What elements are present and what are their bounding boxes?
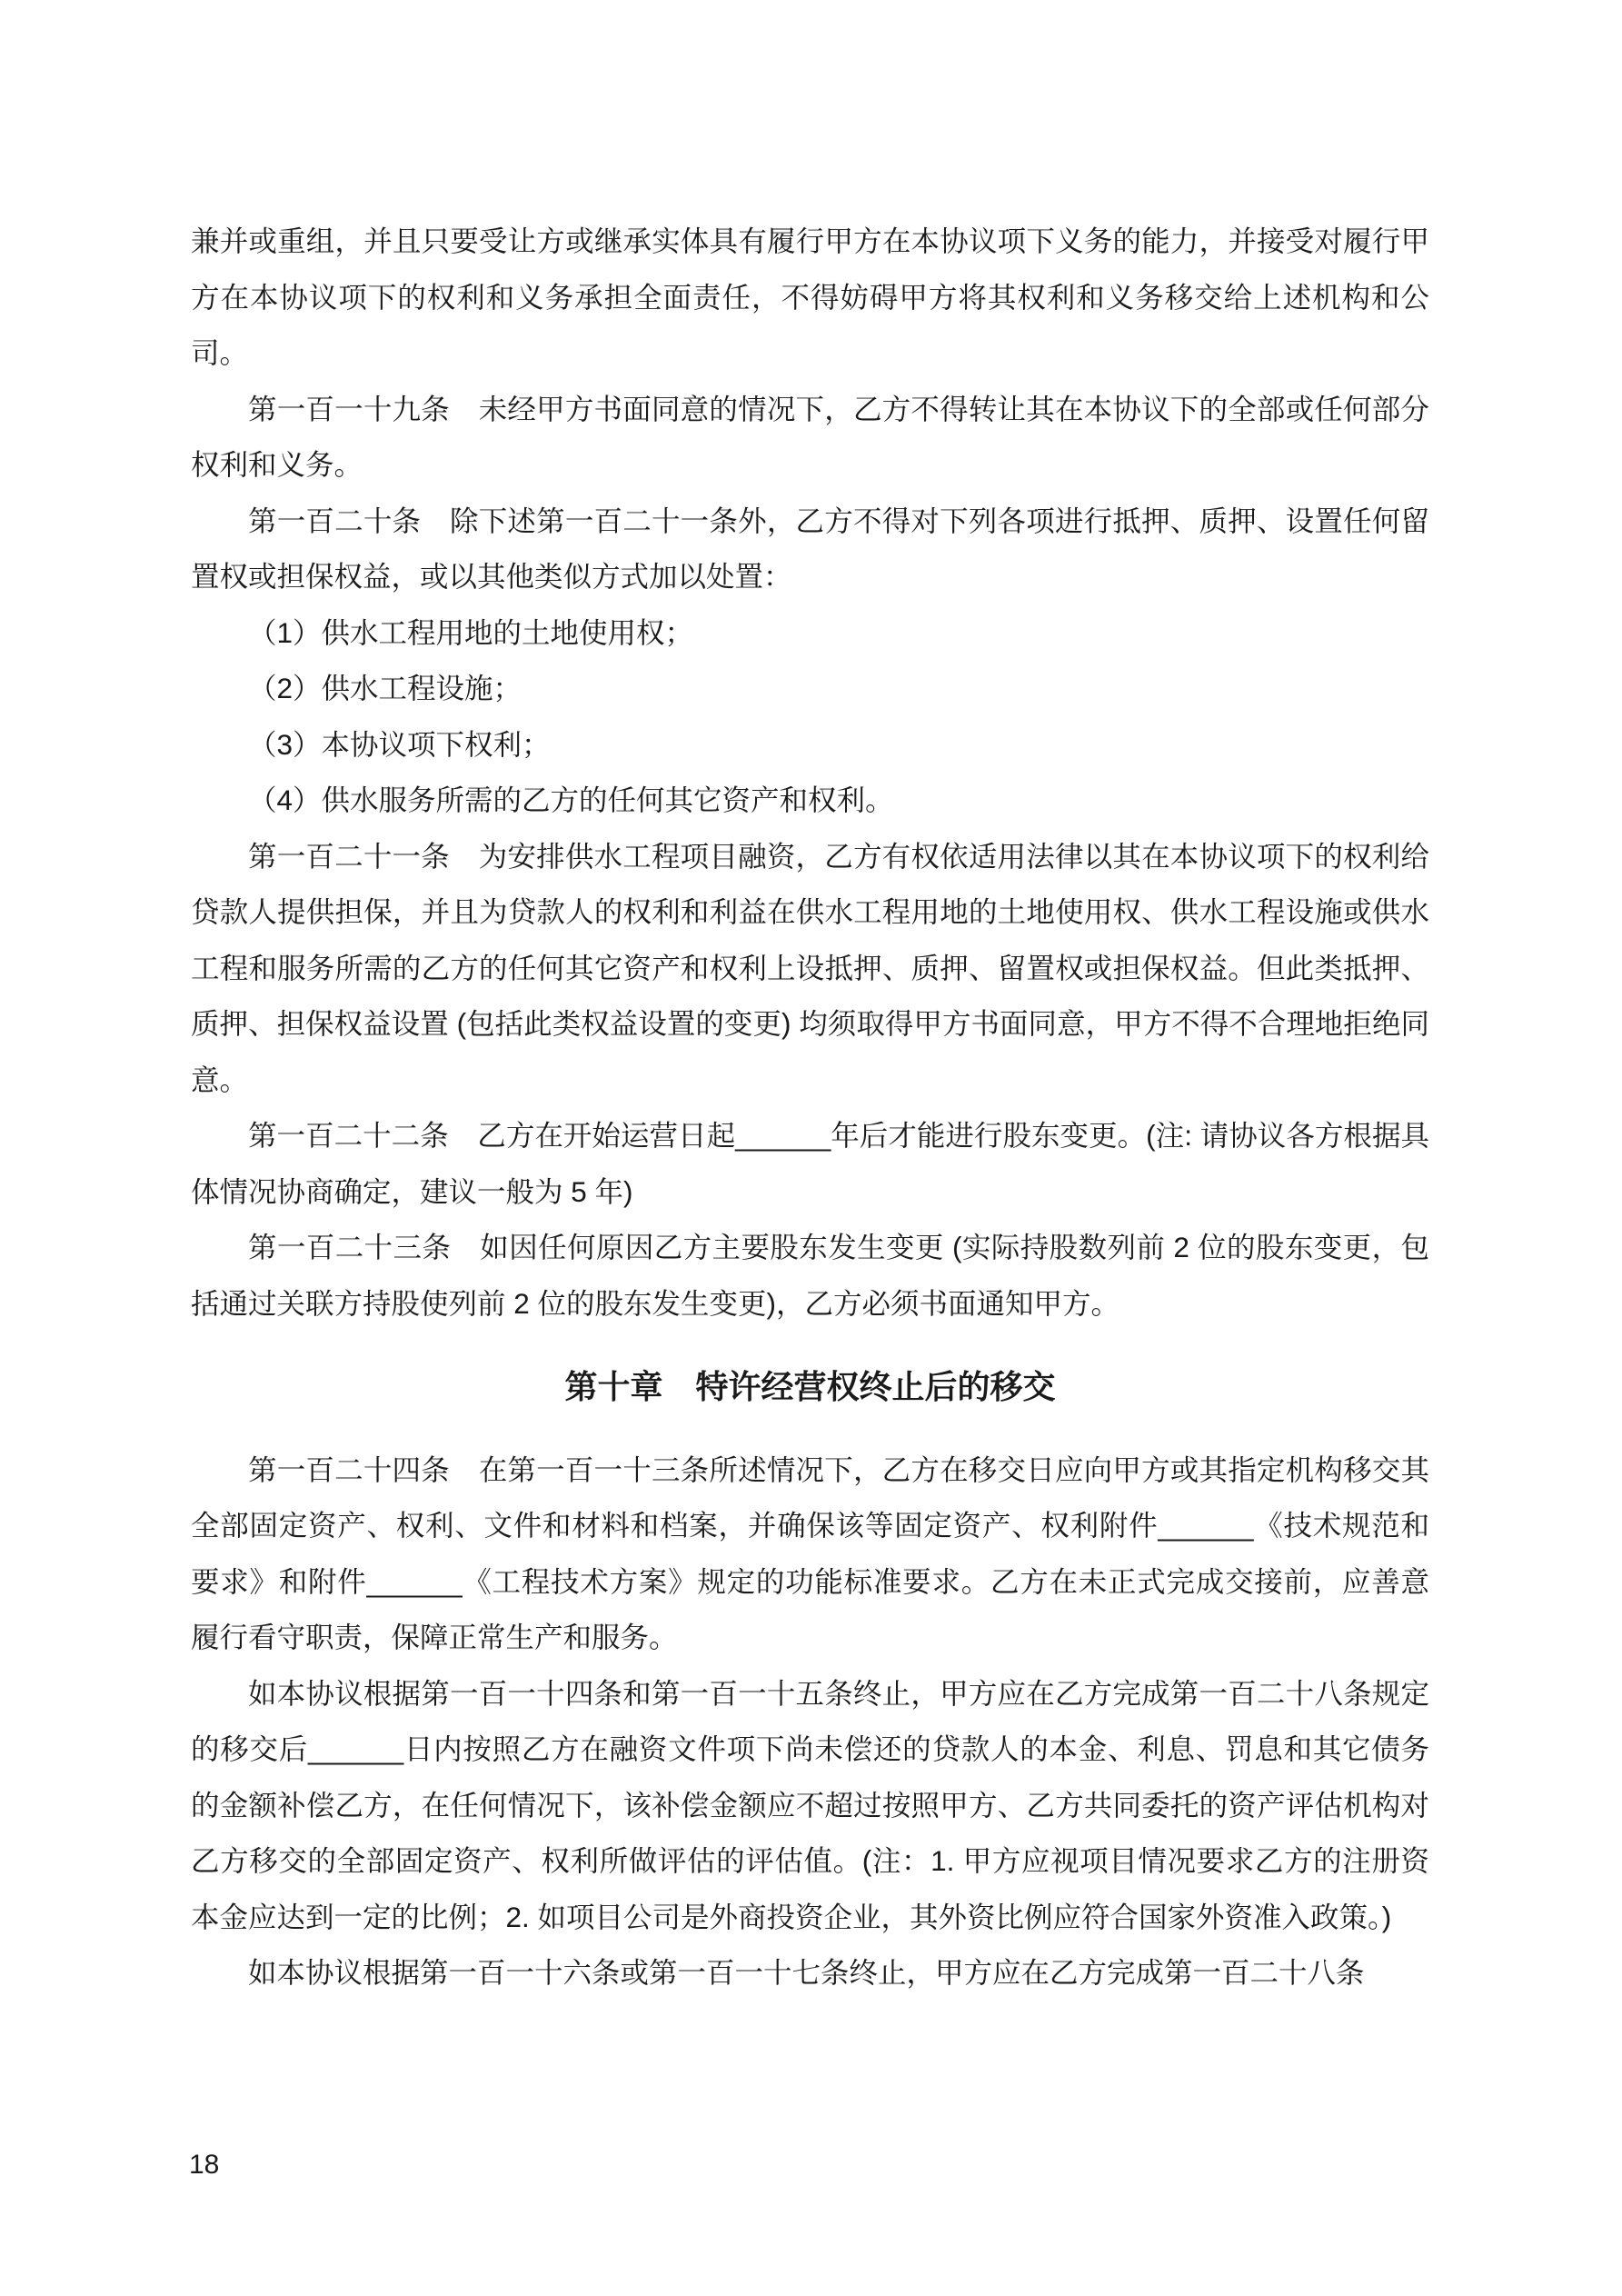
- chapter-heading: 第十章 特许经营权终止后的移交: [191, 1359, 1429, 1415]
- list-item: （4）供水服务所需的乙方的任何其它资产和权利。: [191, 773, 1429, 829]
- document-page: 兼并或重组，并且只要受让方或继承实体具有履行甲方在本协议项下义务的能力，并接受对…: [0, 0, 1622, 2296]
- paragraph: 兼并或重组，并且只要受让方或继承实体具有履行甲方在本协议项下义务的能力，并接受对…: [191, 214, 1429, 382]
- list-item: （1）供水工程用地的土地使用权；: [191, 605, 1429, 662]
- paragraph: 第一百一十九条 未经甲方书面同意的情况下，乙方不得转让其在本协议下的全部或任何部…: [191, 382, 1429, 494]
- document-content: 兼并或重组，并且只要受让方或继承实体具有履行甲方在本协议项下义务的能力，并接受对…: [191, 214, 1429, 2002]
- list-item: （3）本协议项下权利；: [191, 717, 1429, 774]
- paragraph: 第一百二十二条 乙方在开始运营日起______年后才能进行股东变更。(注: 请协…: [191, 1108, 1429, 1220]
- paragraph: 第一百二十条 除下述第一百二十一条外，乙方不得对下列各项进行抵押、质押、设置任何…: [191, 494, 1429, 605]
- paragraph: 第一百二十四条 在第一百一十三条所述情况下，乙方在移交日应向甲方或其指定机构移交…: [191, 1442, 1429, 1666]
- paragraph: 第一百二十三条 如因任何原因乙方主要股东发生变更 (实际持股数列前 2 位的股东…: [191, 1220, 1429, 1332]
- page-number: 18: [189, 2147, 219, 2183]
- paragraph: 如本协议根据第一百一十四条和第一百一十五条终止，甲方应在乙方完成第一百二十八条规…: [191, 1666, 1429, 1946]
- paragraph: 第一百二十一条 为安排供水工程项目融资，乙方有权依适用法律以其在本协议项下的权利…: [191, 829, 1429, 1109]
- paragraph: 如本协议根据第一百一十六条或第一百一十七条终止，甲方应在乙方完成第一百二十八条: [191, 1945, 1429, 2002]
- list-item: （2）供水工程设施；: [191, 661, 1429, 717]
